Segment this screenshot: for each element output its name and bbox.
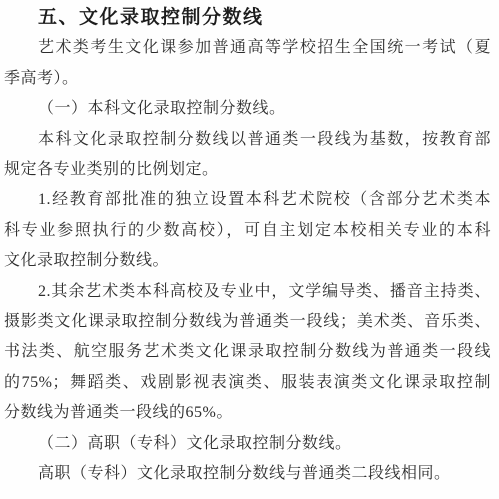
document-lines: 艺术类考生文化课参加普通高等学校招生全国统一考试（夏季高考）。（一）本科文化录取…	[4, 33, 491, 489]
document-page: 五、文化录取控制分数线 艺术类考生文化课参加普通高等学校招生全国统一考试（夏季高…	[0, 0, 499, 499]
text-line: 文化录取控制分数线。	[4, 246, 491, 276]
text-line: 科专业参照执行的少数高校），可自主划定本校相关专业的本科	[4, 216, 491, 246]
text-line: 分数线为普通类一段线的65%。	[4, 398, 491, 428]
text-line: 艺术类考生文化课参加普通高等学校招生全国统一考试（夏	[4, 33, 491, 63]
text-line: 季高考）。	[4, 64, 491, 94]
text-line: 摄影类文化课录取控制分数线为普通类一段线；美术类、音乐类、	[4, 307, 491, 337]
text-line: （一）本科文化录取控制分数线。	[4, 94, 491, 124]
text-line: 高职（专科）文化录取控制分数线与普通类二段线相同。	[4, 459, 491, 489]
text-line: 本科文化录取控制分数线以普通类一段线为基数，按教育部	[4, 125, 491, 155]
section-heading: 五、文化录取控制分数线	[4, 3, 491, 33]
text-line: 的75%；舞蹈类、戏剧影视表演类、服装表演类文化课录取控制	[4, 368, 491, 398]
text-line: 书法类、航空服务艺术类文化课录取控制分数线为普通类一段线	[4, 337, 491, 367]
text-line: （二）高职（专科）文化录取控制分数线。	[4, 429, 491, 459]
text-line: 规定各专业类别的比例划定。	[4, 155, 491, 185]
text-line: 2.其余艺术类本科高校及专业中，文学编导类、播音主持类、	[4, 277, 491, 307]
text-line: 1.经教育部批准的独立设置本科艺术院校（含部分艺术类本	[4, 185, 491, 215]
